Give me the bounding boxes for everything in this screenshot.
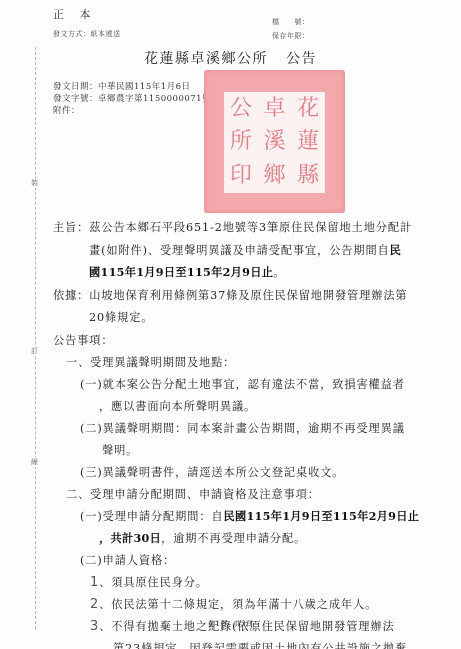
seal-column-3: 花 蓮 縣 — [291, 92, 325, 193]
binding-label-staple: 訂 — [31, 346, 38, 356]
list-number: 1 — [90, 575, 99, 590]
subject-line-1: 主旨：茲公告本鄉石平段651-2地號等3筆原住民保留地土地分配計 — [53, 219, 412, 235]
seal-char: 鄉 — [263, 165, 285, 187]
section-1-item-1-line-1: (一)就本案公告分配土地事宜，認有違法不當，致損害權益者 — [80, 376, 405, 392]
qualification-item-2: 2、依民法第十二條規定，須為年滿十八歲之成年人。 — [90, 596, 377, 612]
section-1-heading: 一、受理異議聲明期間及地點： — [66, 354, 235, 370]
send-method: 發文方式：紙本遞送 — [53, 29, 121, 39]
application-days: ，共計30日 — [99, 531, 161, 545]
file-number-field: 檔 號： — [272, 17, 310, 27]
subject-text: 畫(如附件)、受理聲明異議及申請受配事宜，公告期間自 — [89, 244, 390, 257]
seal-char: 花 — [297, 98, 319, 120]
section-2-item-2: (二)申請人資格： — [80, 552, 175, 568]
notice-heading: 公告事項： — [53, 332, 113, 348]
seal-char: 卓 — [263, 98, 285, 120]
seal-char: 公 — [230, 98, 252, 120]
qualification-item-3-line-2: 第23條規定、因登記需要或因土地內有公共設施之拋棄 — [113, 640, 407, 649]
seal-inner-field: 公 所 印 卓 溪 鄉 花 蓮 縣 — [224, 92, 325, 193]
binding-label-line: 線 — [31, 457, 38, 467]
list-number: 2 — [90, 597, 99, 612]
agency-name: 花蓮縣卓溪鄉公所 — [144, 51, 268, 67]
seal-char: 縣 — [297, 165, 319, 187]
binding-margin-line — [35, 47, 36, 629]
section-1-item-1-line-2: ，應以書面向本所聲明異議。 — [99, 398, 256, 414]
list-text: 、依民法第十二條規定，須為年滿十八歲之成年人。 — [99, 598, 377, 611]
subject-period-start: 民 — [390, 243, 402, 257]
document-number: 發文字號：卓鄉農字第1150000071號 — [53, 92, 211, 104]
seal-char: 溪 — [263, 131, 285, 153]
seal-char: 印 — [230, 165, 252, 187]
seal-char: 所 — [230, 131, 252, 153]
section-2-item-1-line-2: ，共計30日，逾期不再受理申請分配。 — [99, 530, 306, 546]
section-2-heading: 二、受理申請分配期間、申請資格及注意事項： — [66, 486, 320, 502]
document-title: 花蓮縣卓溪鄉公所公告 — [0, 48, 461, 68]
seal-char: 蓮 — [297, 131, 319, 153]
seal-column-1: 公 所 印 — [224, 92, 258, 193]
subject-line-2: 畫(如附件)、受理聲明異議及申請受配事宜，公告期間自民 — [89, 242, 401, 258]
subject-period: 國115年1月9日至115年2月9日止 — [89, 265, 273, 279]
period-label: (一)受理申請分配期間：自 — [80, 510, 224, 523]
basis-line-2: 20條規定。 — [89, 309, 153, 325]
section-1-item-2-line-1: (二)異議聲明期間：同本案計畫公告期間，逾期不再受理異議 — [80, 420, 405, 436]
document-type: 公告 — [286, 51, 317, 67]
period-note: ，逾期不再受理申請分配。 — [161, 532, 306, 545]
subject-label: 主旨： — [53, 221, 89, 234]
page-indicator: 第1頁，共3頁 — [0, 619, 461, 629]
official-seal-stamp: 公 所 印 卓 溪 鄉 花 蓮 縣 — [204, 70, 345, 213]
subject-line-3: 國115年1月9日至115年2月9日止。 — [89, 264, 285, 280]
section-2-item-1-line-1: (一)受理申請分配期間：自民國115年1月9日至115年2月9日止 — [80, 508, 419, 524]
basis-text: 山坡地保育利用條例第37條及原住民保留地開發管理辦法第 — [89, 289, 407, 302]
subject-text: 茲公告本鄉石平段651-2地號等3筆原住民保留地土地分配計 — [89, 221, 412, 234]
binding-label-bind: 裝 — [31, 178, 38, 188]
retention-period-field: 保存年限： — [272, 31, 310, 41]
list-text: 、須具原住民身分。 — [99, 576, 208, 589]
issue-date: 發文日期：中華民國115年1月6日 — [53, 80, 191, 92]
qualification-item-1: 1、須具原住民身分。 — [90, 574, 208, 590]
subject-text: 。 — [273, 266, 285, 279]
section-1-item-3: (三)異議聲明書件，請逕送本所公文登記桌收文。 — [80, 464, 344, 480]
basis-label: 依據： — [53, 289, 89, 302]
copy-label: 正 本 — [53, 6, 97, 22]
application-period: 民國115年1月9日至115年2月9日止 — [224, 509, 420, 523]
section-1-item-2-line-2: 聲明。 — [102, 442, 138, 458]
attachment-label: 附件： — [53, 104, 80, 116]
basis-line-1: 依據：山坡地保育利用條例第37條及原住民保留地開發管理辦法第 — [53, 287, 408, 303]
seal-column-2: 卓 溪 鄉 — [258, 92, 292, 193]
